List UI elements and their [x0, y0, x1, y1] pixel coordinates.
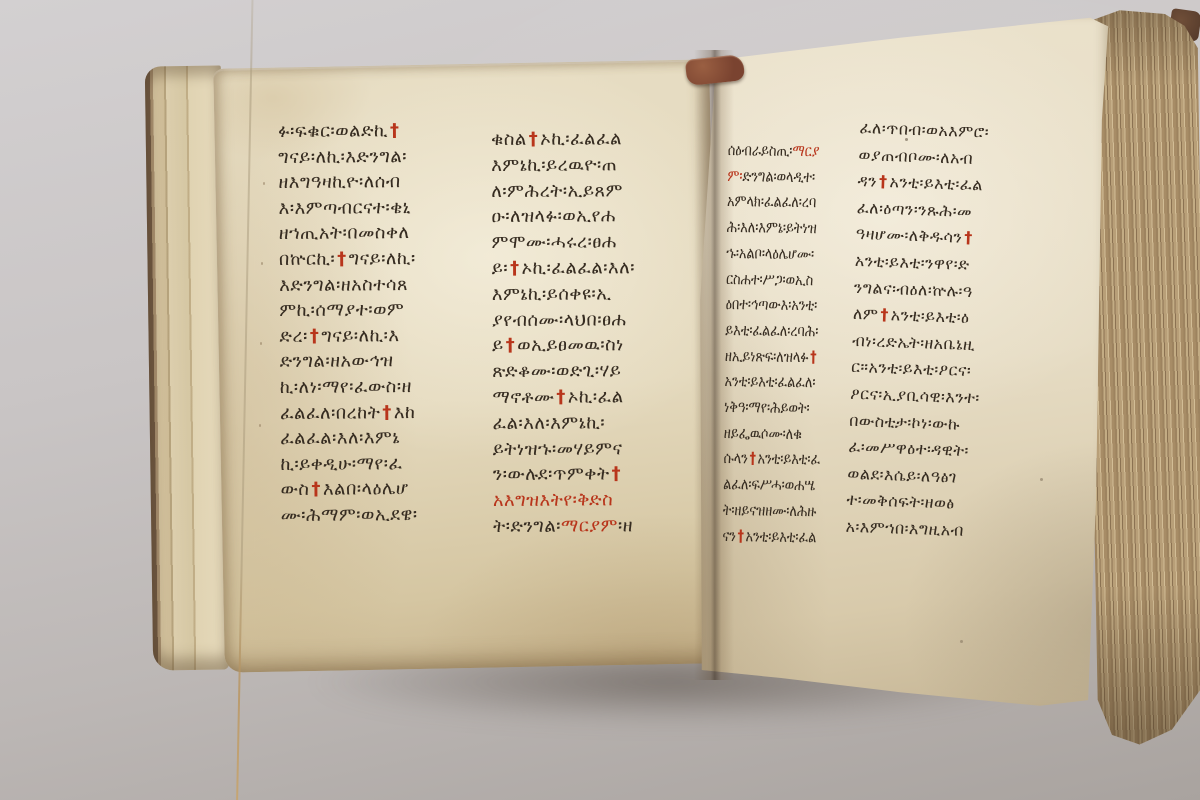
red-cross-mark: †: [962, 228, 975, 247]
text-line: ይ፡†ኦኪ፡ፈልፈል፡እለ፡: [492, 255, 635, 282]
ink-text: ግናይ፡ለኪ፡እ: [321, 325, 399, 347]
text-line: ማኖቶሙ†ኦኪ፡ፈል: [492, 384, 635, 411]
ink-speck: [960, 640, 963, 643]
ink-text: ኁ፡አልቦ፡ላዕሌሆሙ፡: [726, 243, 814, 263]
ink-text: በውስቲታ፡ኮነ፡ውኩ: [849, 410, 960, 433]
text-line: ሰዕብራይስጢ፡ማርያ: [728, 137, 825, 164]
text-line: ን፡ውሉደ፡ጥምቀት†: [493, 462, 636, 489]
red-cross-mark: †: [380, 402, 394, 423]
text-line: ድንግል፡ዘአውኅዝ: [280, 348, 417, 375]
text-line: ኪ፡ለነ፡ማየ፡ፈውስ፡ዘ: [280, 374, 417, 401]
red-cross-mark: †: [508, 258, 522, 279]
text-line: ዕበተ፡ኅጣውእ፡አንቲ፡: [725, 291, 822, 318]
text-line: ፈልፈለ፡በረከት†እከ: [280, 400, 417, 427]
ink-text: ፉ፡ፍቁር፡ወልድኪ: [278, 120, 388, 142]
ink-text: አ፡እምኀበ፡እግዚአብ: [845, 517, 964, 540]
ink-text: እ፡እምጣብርናተ፡ቄኒ: [279, 197, 411, 219]
ink-text: ይ: [492, 335, 504, 356]
text-line: ፉ፡ፍቁር፡ወልድኪ†: [278, 118, 415, 145]
red-cross-mark: †: [335, 248, 349, 269]
text-line: ዖርና፡ኢያቢሳዊ፡እንተ፡: [850, 381, 980, 412]
ink-text: ዘእግዓዛኪዮ፡ለሰብ: [278, 171, 400, 193]
ink-text: ዓዛሆሙ፡ለቅዱሳን: [856, 224, 963, 247]
ink-speck: [1040, 478, 1043, 481]
ink-text: ውስ: [281, 479, 310, 500]
ink-text: ወልደ፡እሴይ፡ለዓፅገ: [847, 464, 957, 487]
rubric-text: ማርያ: [792, 141, 819, 160]
red-cross-mark: †: [504, 335, 518, 356]
ink-text: ግናይ፡ለኪ፡እድንግል፡: [278, 146, 407, 168]
text-line: ኪ፡ይቀዲሁ፡ማየ፡ፈ: [280, 451, 417, 478]
ink-text: ሙ፡ሕማም፡ወኢደዌ፡: [281, 504, 418, 526]
text-line: ምሞሙ፡ሓሩረ፡ፀሐ: [492, 229, 635, 256]
ink-text: ድረ፡: [279, 326, 307, 347]
text-line: ፈል፡እለ፡እምኔኪ፡: [492, 410, 635, 437]
text-line: ያየብሰሙ፡ላህበ፡ፀሐ: [492, 307, 635, 334]
ink-speck: [310, 133, 314, 137]
red-cross-mark: †: [308, 325, 322, 346]
red-cross-mark: †: [527, 129, 541, 150]
text-line: እምኔኪ፡ይረዉዮ፡ጠ: [491, 152, 634, 179]
ink-text: ዖርና፡ኢያቢሳዊ፡እንተ፡: [850, 384, 980, 408]
left-page-column-2: ቁስል†ኦኪ፡ፈልፈልእምኔኪ፡ይረዉዮ፡ጠለ፡ምሕረት፡ኢይጸምዑ፡ለዝላፉ፡…: [491, 126, 636, 539]
left-page-column-1: ፉ፡ፍቁር፡ወልድኪ†ግናይ፡ለኪ፡እድንግል፡ዘእግዓዛኪዮ፡ለሰብእ፡እምጣ…: [278, 118, 418, 528]
text-line: ዘኢይነጽፍ፡ለዝላፉ†: [725, 343, 822, 370]
red-cross-mark: †: [748, 449, 758, 468]
text-line: ልፈለ፡ፍሥሓ፡ወሐሤ: [723, 471, 820, 498]
red-cross-mark: †: [878, 305, 891, 324]
ink-text: ሱላን: [723, 448, 748, 467]
ink-text: እልበ፡ላዕሌሆ: [323, 478, 409, 500]
ink-text: ወያጠብቦሙ፡ለአብ: [858, 145, 973, 168]
ink-text: ማኖቶሙ: [492, 387, 554, 408]
text-line: አ፡እምኀበ፡እግዚአብ: [845, 514, 975, 545]
rubric-text: ማርያም: [561, 515, 618, 536]
ink-text: ዘኢይነጽፍ፡ለዝላፉ: [725, 346, 809, 366]
ink-text: እድንግል፡ዘአስተሳጸ: [279, 274, 408, 296]
text-line: ናን†አንቲ፡ይእቲ፡ፈል: [722, 523, 819, 550]
text-line: አንቲ፡ይእቲ፡ፈልፈለ፡: [724, 368, 821, 395]
text-line: ዘእግዓዛኪዮ፡ለሰብ: [278, 169, 415, 196]
red-cross-mark: †: [808, 347, 818, 366]
ink-text: ርስሐተ፡ሥጋ፡ወኢስ: [726, 269, 813, 289]
text-line: ለ፡ምሕረት፡ኢይጸም: [491, 178, 634, 205]
ink-text: ሕ፡እለ፡እምኔ፡ይትነዝ: [727, 217, 817, 237]
text-line: ይትነዝኁ፡መሃይምና: [493, 436, 636, 463]
ink-text: አንቲ፡ይእቲ፡ፈ: [757, 449, 820, 469]
ink-text: ድንግል፡ወላዲተ፡: [742, 166, 815, 186]
ink-text: ዘይፌዉሶሙ፡ለቁ: [724, 423, 802, 443]
ink-text: አንቲ፡ይእቲ፡ንዋየ፡ድ: [855, 251, 970, 274]
text-line: ዘይፌዉሶሙ፡ለቁ: [724, 420, 821, 447]
ink-text: ይእቲ፡ፈልፈለ፡ረባሕ፡: [725, 320, 818, 340]
ink-text: ይትነዝኁ፡መሃይምና: [493, 438, 623, 460]
text-line: አንቲ፡ይእቲ፡ንዋየ፡ድ: [854, 248, 984, 279]
text-line: ፈለ፡ጥበብ፡ወአእምሮ፡: [859, 115, 989, 146]
pricking-hole: [259, 424, 261, 427]
text-line: ርስሐተ፡ሥጋ፡ወኢስ: [726, 266, 823, 293]
ink-text: ፈ፡መሥዋዕተ፡ዳዊት፡: [848, 437, 969, 460]
ink-text: ን፡ውሉደ፡ጥምቀት: [493, 464, 610, 486]
ink-text: ዳን: [857, 171, 877, 191]
text-line: ቁስል†ኦኪ፡ፈልፈል: [491, 126, 634, 153]
ink-text: አንቲ፡ይእቲ፡ፈል: [889, 172, 983, 194]
ink-text: ፈልፈል፡እለ፡እምኔ: [280, 427, 400, 449]
ink-text: ሰዕብራይስጢ፡: [728, 140, 793, 160]
rubric-text: ም፡: [727, 166, 742, 185]
ink-text: ቁስል: [491, 129, 527, 150]
text-line: ሕ፡እለ፡እምኔ፡ይትነዝ: [727, 214, 824, 241]
text-line: ውስ†እልበ፡ላዕሌሆ: [281, 476, 418, 503]
text-line: ይእቲ፡ፈልፈለ፡ረባሕ፡: [725, 317, 822, 344]
text-line: ሙ፡ሕማም፡ወኢደዌ፡: [281, 502, 418, 529]
ink-text: ፈለ፡ዕጣን፡ንጹሕ፡መ: [856, 198, 972, 221]
text-line: ም፡ድንግል፡ወላዲተ፡: [727, 163, 824, 190]
fore-edge-page-stack: [1090, 8, 1200, 752]
ink-text: ፈለ፡ጥበብ፡ወአእምሮ፡: [859, 118, 989, 142]
text-line: ት፡ዘይናዝዘሙ፡ለሕዙ: [723, 497, 820, 524]
ink-text: ር።አንቲ፡ይእቲ፡ዖርና፡: [851, 357, 972, 380]
right-page-column-1: ሰዕብራይስጢ፡ማርያም፡ድንግል፡ወላዲተ፡አምላክ፡ፈልፈለ፡ረባሕ፡እለ፡…: [722, 137, 824, 550]
ink-text: ዕበተ፡ኅጣውእ፡አንቲ፡: [726, 294, 818, 314]
text-line: ዳን†አንቲ፡ይእቲ፡ፈል: [857, 168, 987, 199]
pricking-hole: [260, 342, 262, 345]
ink-text: ግናይ፡ለኪ፡: [349, 248, 416, 269]
ink-text: ኪ፡ይቀዲሁ፡ማየ፡ፈ: [280, 453, 402, 475]
text-line: እምኔኪ፡ይሰቀዩ፡ኢ: [492, 281, 635, 308]
ink-text: ዘኀጢአት፡በመስቀለ: [279, 222, 410, 244]
red-cross-mark: †: [554, 387, 568, 408]
red-cross-mark: †: [610, 464, 624, 485]
red-cross-mark: †: [736, 526, 746, 545]
ink-text: ጽድቆሙ፡ወድጊ፡ሃይ: [492, 360, 621, 382]
ink-text: ምኪ፡ሰማያተ፡ወም: [279, 299, 404, 321]
ink-text: እከ: [394, 402, 416, 423]
ink-text: አምላክ፡ፈልፈለ፡ረባ: [727, 191, 816, 211]
ink-text: ምሞሙ፡ሓሩረ፡ፀሐ: [492, 232, 617, 254]
text-line: አምላክ፡ፈልፈለ፡ረባ: [727, 188, 824, 215]
ink-text: ንግልና፡ብዕለ፡ኵሉ፡ዓ: [854, 277, 973, 300]
ink-text: ልፈለ፡ፍሥሓ፡ወሐሤ: [723, 474, 815, 494]
ink-text: ፈል፡እለ፡እምኔኪ፡: [492, 412, 605, 434]
ink-text: ለ፡ምሕረት፡ኢይጸም: [491, 180, 623, 202]
ink-text: ተ፡መቅሰፍት፡ዘወፅ: [846, 490, 955, 513]
ink-text: አንቲ፡ይእቲ፡ፈልፈለ፡: [724, 371, 815, 391]
ink-text: ብነ፡ረድኤት፡ዘአቤኔዚ: [852, 331, 976, 354]
ink-text: ኦኪ፡ፈልፈል: [540, 128, 622, 149]
ink-text: ት፡ዘይናዝዘሙ፡ለሕዙ: [723, 500, 817, 520]
red-cross-mark: †: [309, 479, 323, 500]
ink-text: ይ፡: [492, 258, 508, 279]
pricking-hole: [263, 182, 265, 185]
text-line: በኵርኪ፡†ግናይ፡ለኪ፡: [279, 246, 416, 273]
text-line: ጽድቆሙ፡ወድጊ፡ሃይ: [492, 358, 635, 385]
ink-text: ኦኪ፡ፈልፈል፡እለ፡: [522, 257, 636, 279]
text-line: ፈልፈል፡እለ፡እምኔ: [280, 425, 417, 452]
ink-text: ያየብሰሙ፡ላህበ፡ፀሐ: [492, 309, 627, 331]
text-line: ግናይ፡ለኪ፡እድንግል፡: [278, 144, 415, 171]
text-line: እ፡እምጣብርናተ፡ቄኒ: [279, 195, 416, 222]
ink-text: ወኢይፀመዉ፡ስነ: [517, 335, 624, 357]
red-cross-mark: †: [877, 172, 890, 191]
ink-text: አንቲ፡ይእቲ፡ዕ: [891, 305, 970, 327]
ink-text: ዑ፡ለዝላፉ፡ወኢየሐ: [491, 206, 615, 228]
ink-text: እምኔኪ፡ይሰቀዩ፡ኢ: [492, 283, 612, 305]
text-line: ት፡ድንግል፡ማርያም፡ዘ: [493, 513, 636, 540]
ink-text: በኵርኪ፡: [279, 249, 335, 270]
ink-text: ድንግል፡ዘአውኅዝ: [280, 351, 394, 373]
text-line: ለም†አንቲ፡ይእቲ፡ዕ: [853, 301, 983, 332]
text-line: ፈ፡መሥዋዕተ፡ዳዊት፡: [848, 434, 978, 465]
pricking-hole: [261, 262, 263, 265]
ink-text: ኪ፡ለነ፡ማየ፡ፈውስ፡ዘ: [280, 376, 412, 398]
ink-text: ናን: [722, 526, 736, 545]
text-line: ኁ፡አልቦ፡ላዕሌሆሙ፡: [726, 240, 823, 267]
ink-text: ት፡ድንግል፡: [493, 516, 561, 537]
text-line: ድረ፡†ግናይ፡ለኪ፡እ: [279, 323, 416, 350]
ink-text: ፡ዘ: [618, 515, 633, 536]
text-line: ይ†ወኢይፀመዉ፡ስነ: [492, 333, 635, 360]
text-line: ምኪ፡ሰማያተ፡ወም: [279, 297, 416, 324]
rubric-text: አእግዝእትየ፡ቅድስ: [493, 490, 613, 512]
ink-text: ነቅዓ፡ማየ፡ሕይወት፡: [724, 397, 810, 417]
text-line: አእግዝእትየ፡ቅድስ: [493, 487, 636, 514]
red-cross-mark: †: [388, 120, 402, 141]
manuscript-photograph: ፉ፡ፍቁር፡ወልድኪ†ግናይ፡ለኪ፡እድንግል፡ዘእግዓዛኪዮ፡ለሰብእ፡እምጣ…: [0, 0, 1200, 800]
text-line: ነቅዓ፡ማየ፡ሕይወት፡: [724, 394, 821, 421]
ink-text: ኦኪ፡ፈል: [568, 386, 624, 407]
ink-text: አንቲ፡ይእቲ፡ፈል: [745, 526, 816, 546]
ink-text: ፈልፈለ፡በረከት: [280, 402, 380, 424]
text-line: እድንግል፡ዘአስተሳጸ: [279, 272, 416, 299]
ink-speck: [905, 138, 908, 141]
right-page-column-2: ፈለ፡ጥበብ፡ወአእምሮ፡ወያጠብቦሙ፡ለአብዳን†አንቲ፡ይእቲ፡ፈልፈለ፡ዕ…: [845, 115, 989, 545]
text-line: ዘኀጢአት፡በመስቀለ: [279, 220, 416, 247]
text-line: ዑ፡ለዝላፉ፡ወኢየሐ: [491, 204, 634, 231]
ink-text: ለም: [853, 304, 879, 324]
text-line: ሱላን†አንቲ፡ይእቲ፡ፈ: [723, 445, 820, 472]
ink-text: እምኔኪ፡ይረዉዮ፡ጠ: [491, 154, 617, 176]
